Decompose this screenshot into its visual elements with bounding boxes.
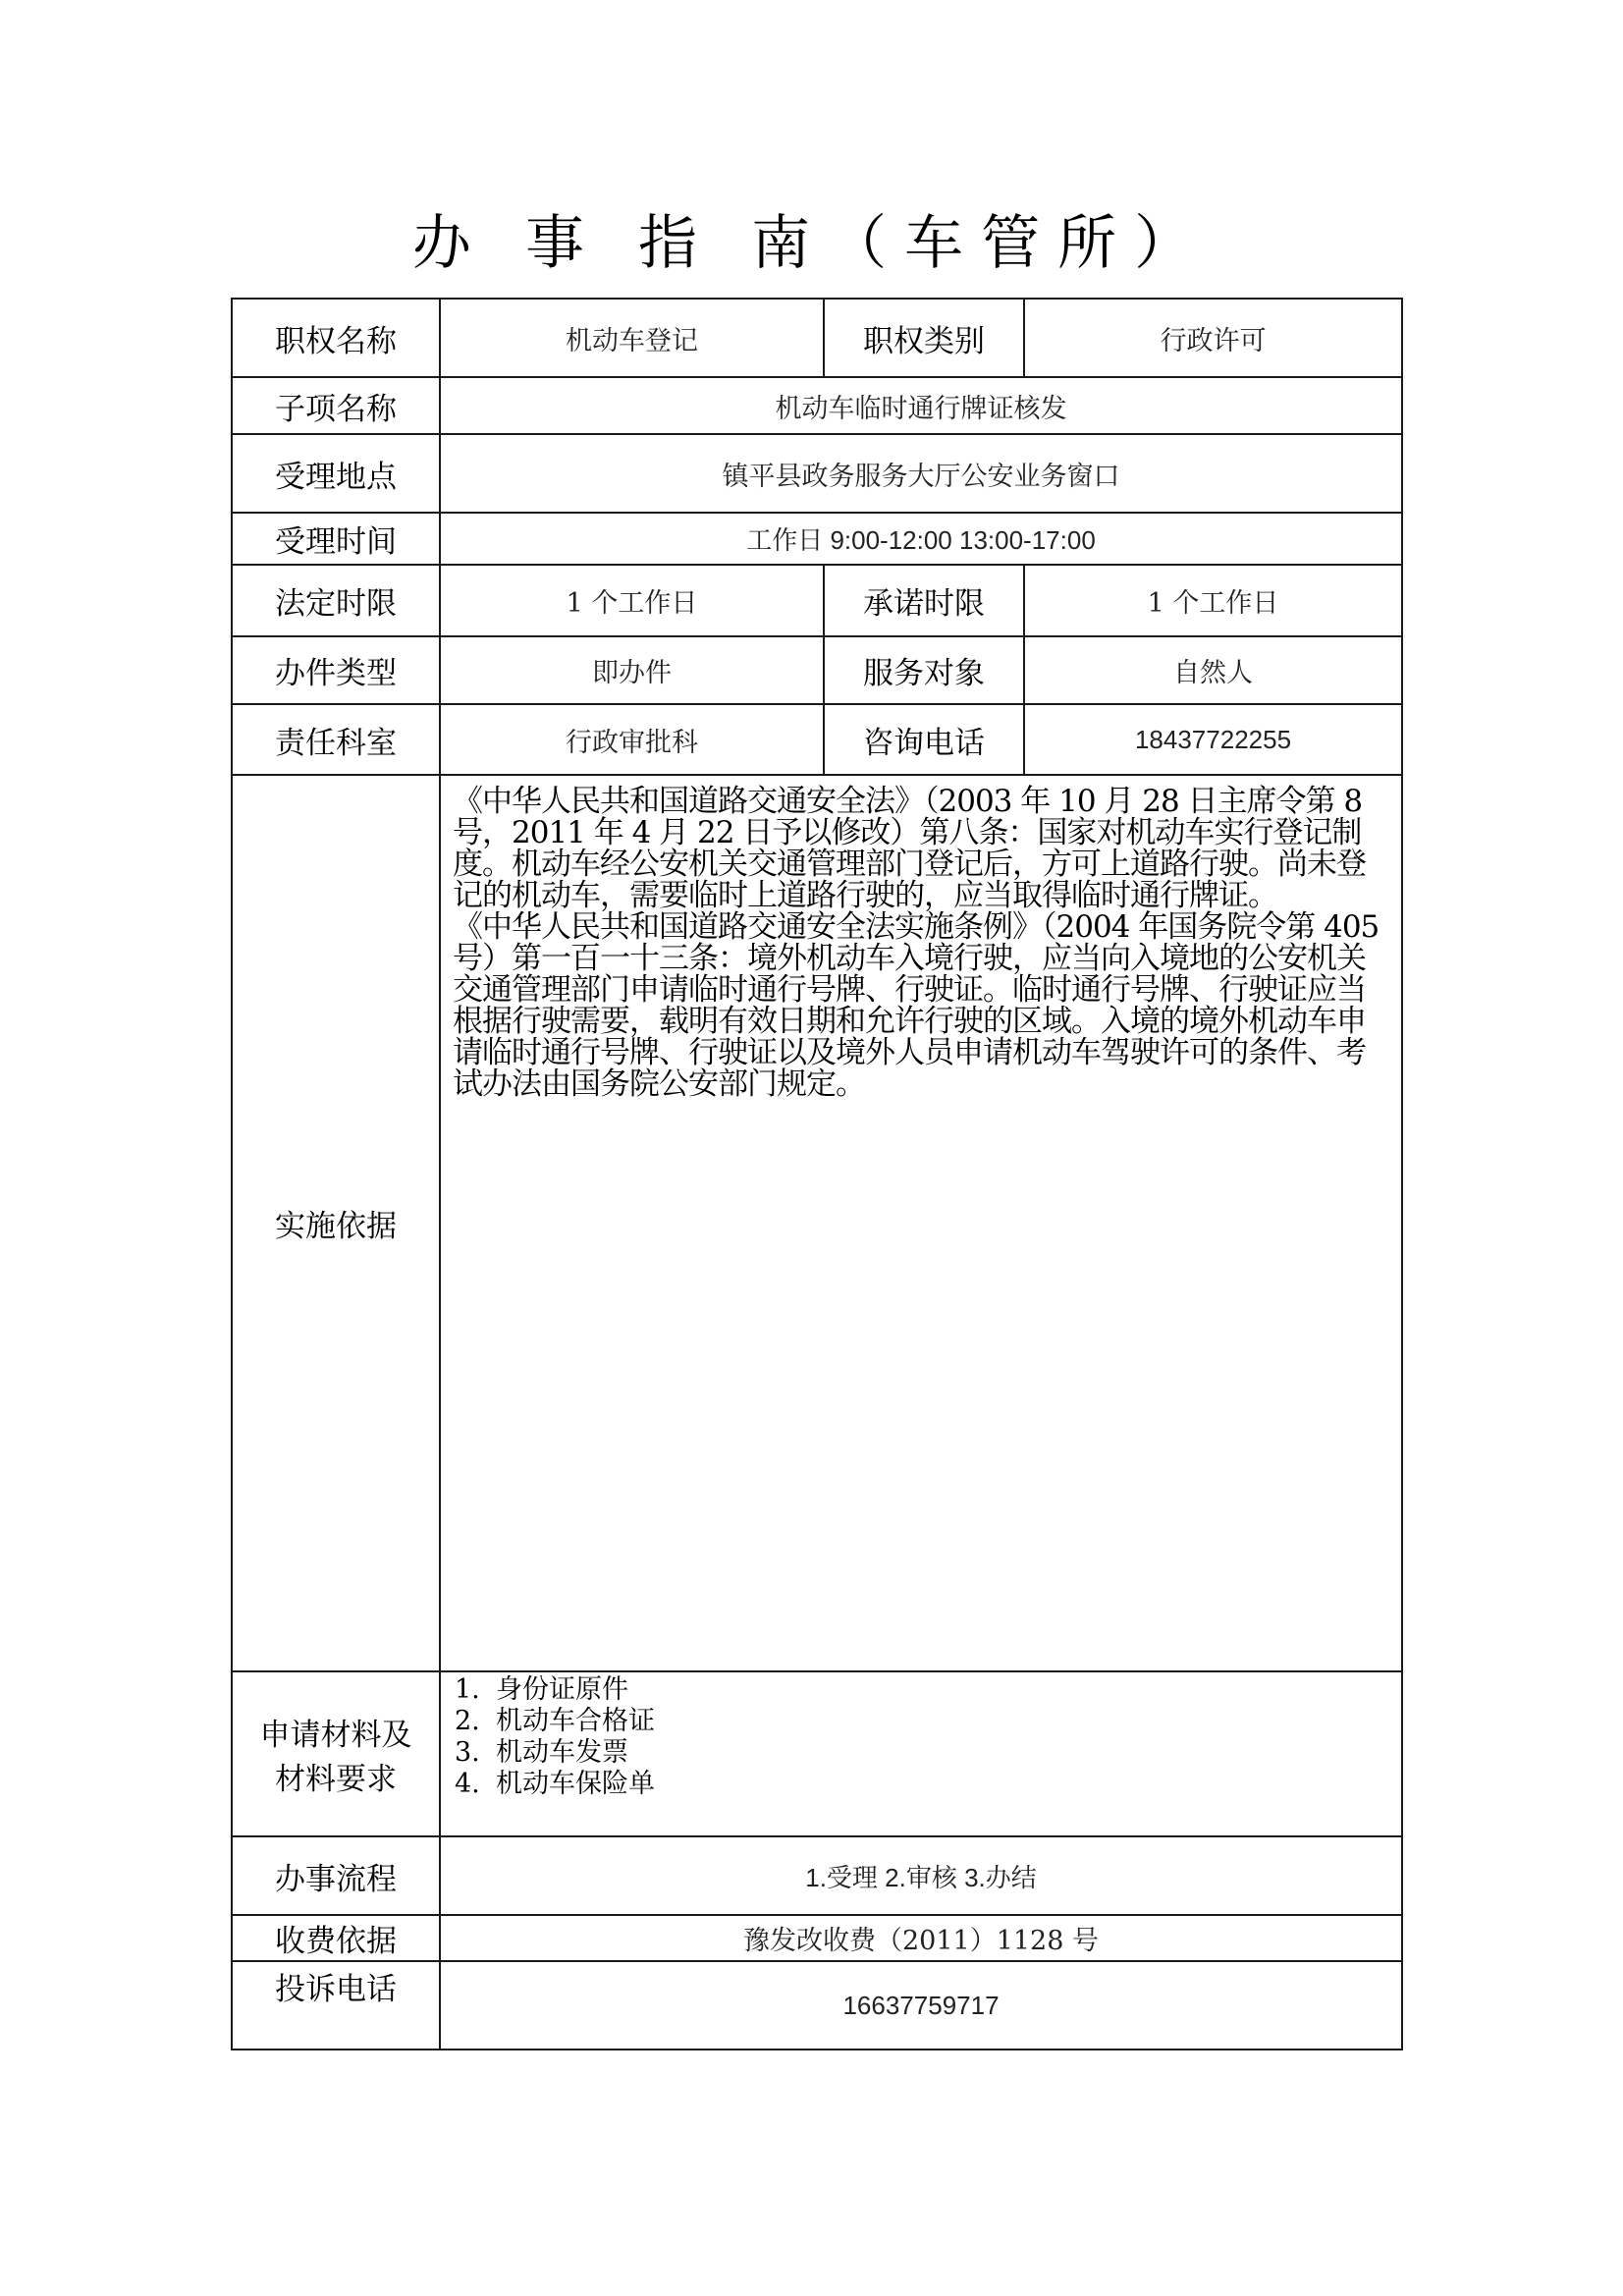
label-sub-item: 子项名称: [232, 377, 440, 434]
label-consult-phone: 咨询电话: [824, 704, 1024, 775]
value-case-type: 即办件: [440, 636, 824, 704]
label-materials-line1: 申请材料及: [233, 1710, 439, 1754]
label-case-type: 办件类型: [232, 636, 440, 704]
label-basis: 实施依据: [232, 775, 440, 1671]
label-materials: 申请材料及 材料要求: [232, 1671, 440, 1836]
value-promised-limit: 1 个工作日: [1024, 565, 1402, 636]
list-item: 2.机动车合格证: [455, 1706, 1401, 1737]
row-process: 办事流程 1.受理 2.审核 3.办结: [232, 1836, 1402, 1915]
value-complaint-phone: 16637759717: [440, 1961, 1402, 2050]
value-consult-phone: 18437722255: [1024, 704, 1402, 775]
row-fee: 收费依据 豫发改收费（2011）1128 号: [232, 1915, 1402, 1961]
label-department: 责任科室: [232, 704, 440, 775]
label-authority-name: 职权名称: [232, 299, 440, 377]
label-authority-category: 职权类别: [824, 299, 1024, 377]
label-location: 受理地点: [232, 434, 440, 513]
row-time-limit: 法定时限 1 个工作日 承诺时限 1 个工作日: [232, 565, 1402, 636]
label-complaint-phone: 投诉电话: [232, 1961, 440, 2050]
value-basis: 《中华人民共和国道路交通安全法》（2003 年 10 月 28 日主席令第 8 …: [440, 775, 1402, 1671]
row-type: 办件类型 即办件 服务对象 自然人: [232, 636, 1402, 704]
basis-paragraph: 《中华人民共和国道路交通安全法》（2003 年 10 月 28 日主席令第 8 …: [453, 786, 1393, 911]
value-authority-name: 机动车登记: [440, 299, 824, 377]
row-hours: 受理时间 工作日 9:00-12:00 13:00-17:00: [232, 513, 1402, 565]
label-legal-limit: 法定时限: [232, 565, 440, 636]
value-fee-basis: 豫发改收费（2011）1128 号: [440, 1915, 1402, 1961]
label-promised-limit: 承诺时限: [824, 565, 1024, 636]
list-item: 4.机动车保险单: [455, 1769, 1401, 1800]
row-authority: 职权名称 机动车登记 职权类别 行政许可: [232, 299, 1402, 377]
label-materials-line2: 材料要求: [233, 1754, 439, 1798]
row-department: 责任科室 行政审批科 咨询电话 18437722255: [232, 704, 1402, 775]
row-materials: 申请材料及 材料要求 1.身份证原件 2.机动车合格证 3.机动车发票 4.机动…: [232, 1671, 1402, 1836]
row-complaint: 投诉电话 16637759717: [232, 1961, 1402, 2050]
value-department: 行政审批科: [440, 704, 824, 775]
page-title: 办 事 指 南（车管所）: [0, 196, 1623, 281]
row-basis: 实施依据 《中华人民共和国道路交通安全法》（2003 年 10 月 28 日主席…: [232, 775, 1402, 1671]
value-service-target: 自然人: [1024, 636, 1402, 704]
value-sub-item: 机动车临时通行牌证核发: [440, 377, 1402, 434]
label-process: 办事流程: [232, 1836, 440, 1915]
list-item: 3.机动车发票: [455, 1737, 1401, 1769]
materials-list: 1.身份证原件 2.机动车合格证 3.机动车发票 4.机动车保险单: [440, 1671, 1402, 1836]
basis-paragraph: 《中华人民共和国道路交通安全法实施条例》（2004 年国务院令第 405 号）第…: [453, 911, 1393, 1100]
value-legal-limit: 1 个工作日: [440, 565, 824, 636]
value-location: 镇平县政务服务大厅公安业务窗口: [440, 434, 1402, 513]
label-hours: 受理时间: [232, 513, 440, 565]
row-sub-item: 子项名称 机动车临时通行牌证核发: [232, 377, 1402, 434]
value-hours: 工作日 9:00-12:00 13:00-17:00: [440, 513, 1402, 565]
guide-table: 职权名称 机动车登记 职权类别 行政许可 子项名称 机动车临时通行牌证核发 受理…: [231, 298, 1403, 2050]
value-authority-category: 行政许可: [1024, 299, 1402, 377]
row-location: 受理地点 镇平县政务服务大厅公安业务窗口: [232, 434, 1402, 513]
label-service-target: 服务对象: [824, 636, 1024, 704]
value-process: 1.受理 2.审核 3.办结: [440, 1836, 1402, 1915]
list-item: 1.身份证原件: [455, 1674, 1401, 1706]
label-fee-basis: 收费依据: [232, 1915, 440, 1961]
